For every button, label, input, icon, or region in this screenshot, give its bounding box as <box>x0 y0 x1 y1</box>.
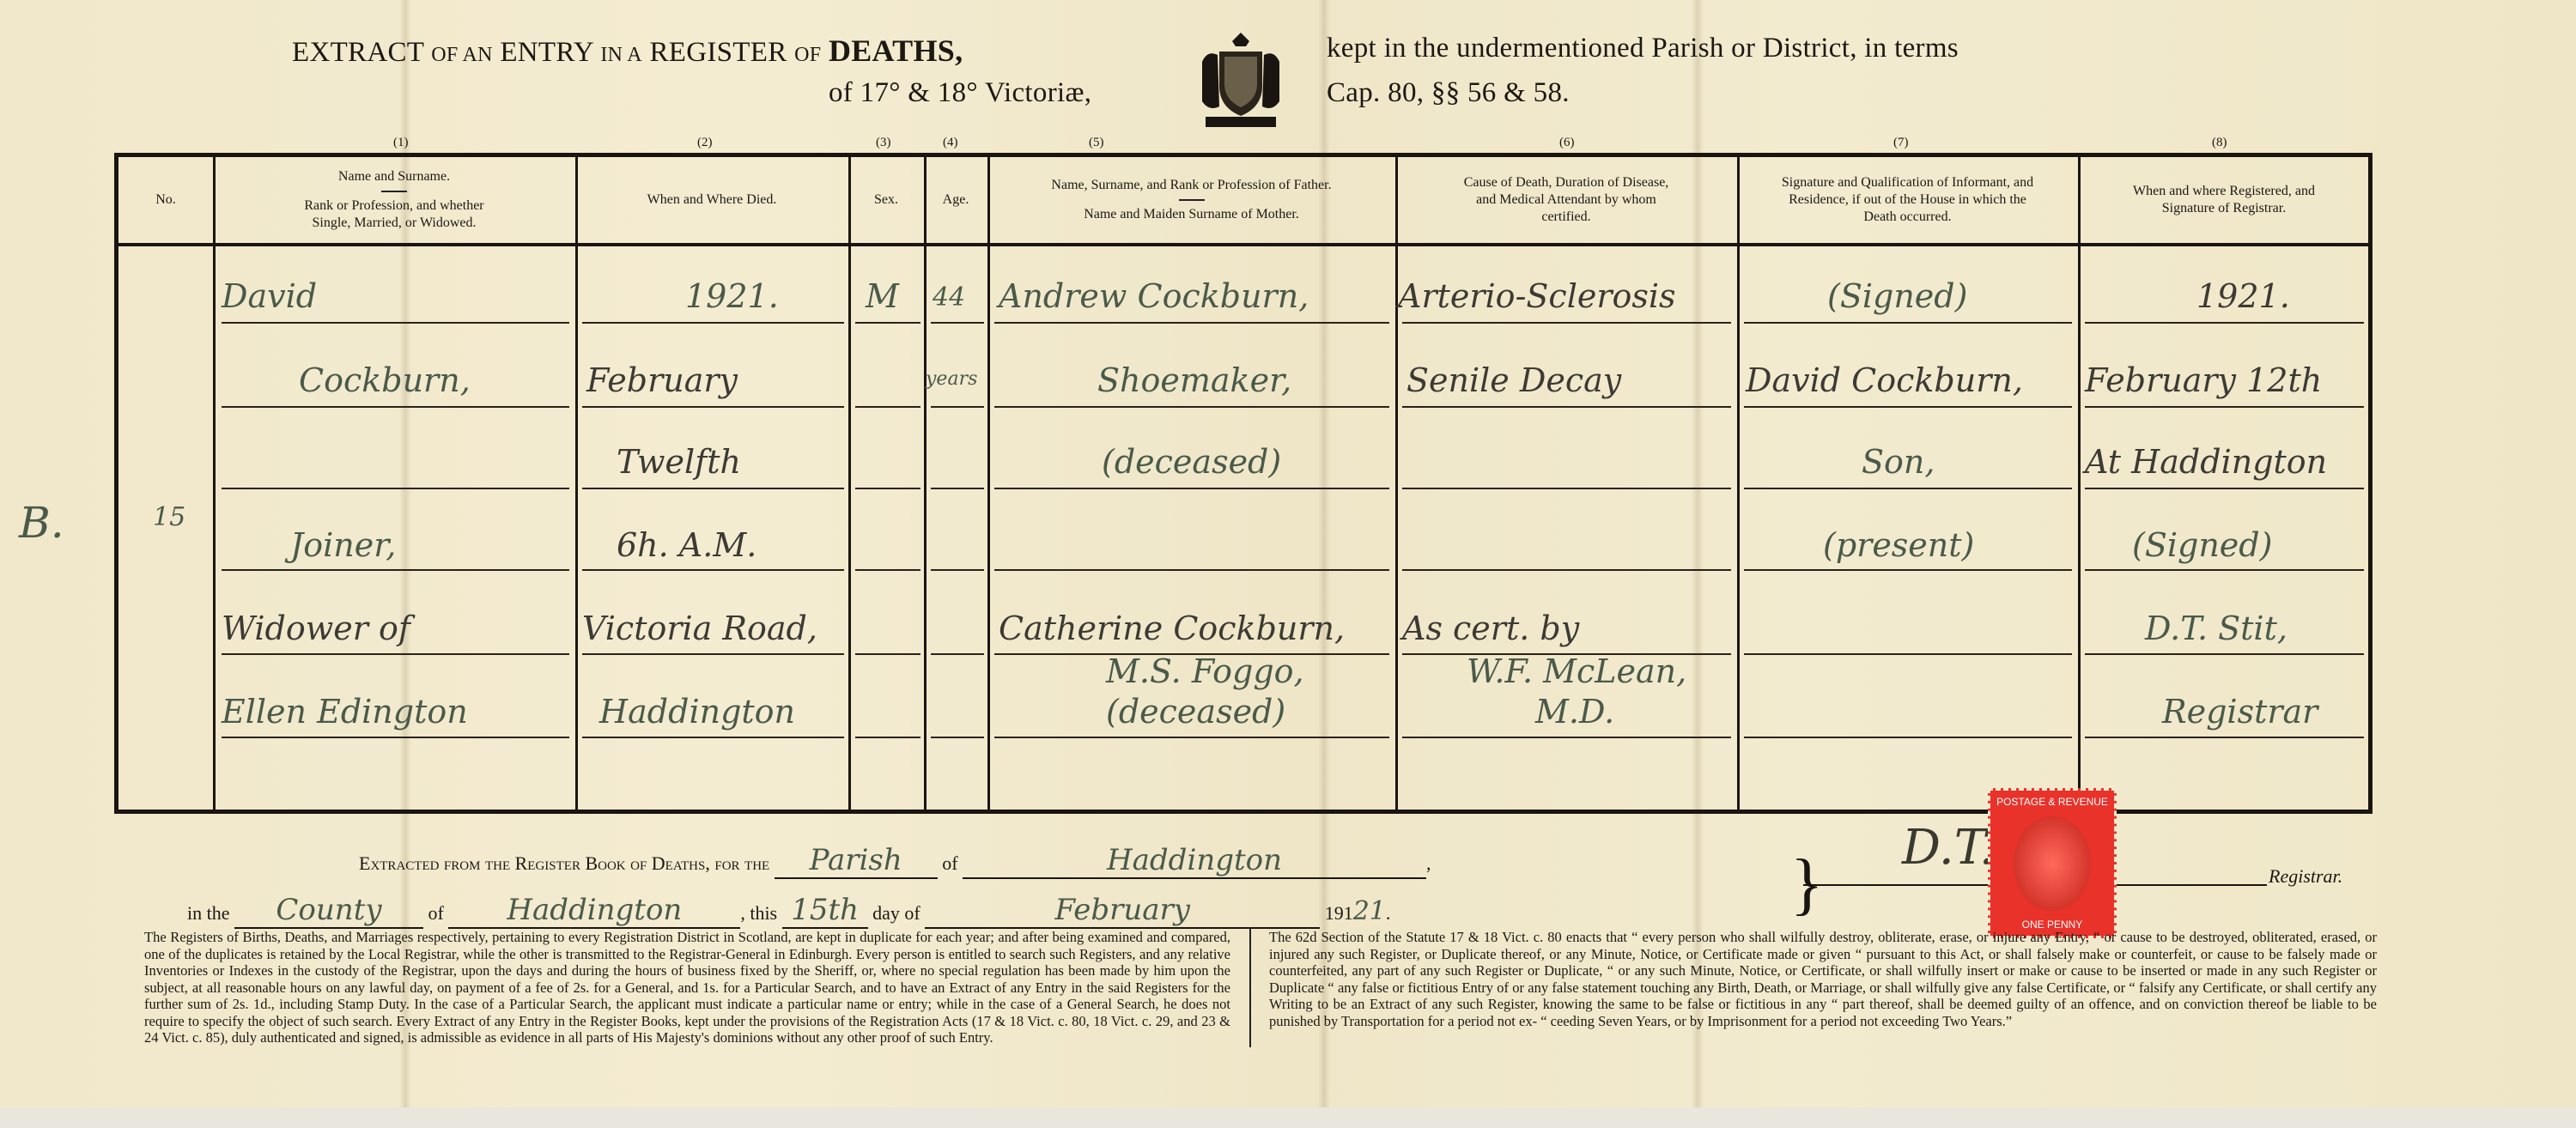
column-divider <box>213 157 216 810</box>
ruled-line <box>1402 737 1731 738</box>
registration-place: At Haddington <box>2085 443 2327 481</box>
column-divider <box>1737 157 1740 810</box>
ruled-line <box>1744 488 2072 489</box>
header-name: Name and Surname. Rank or Profession, an… <box>213 157 575 243</box>
entry-marital-status: Widower of <box>222 609 410 647</box>
informant-presence: (present) <box>1823 526 1974 564</box>
ruled-line <box>855 406 920 408</box>
entry-age-unit: years <box>926 368 977 390</box>
ruled-line <box>2085 569 2364 571</box>
ruled-line <box>1402 406 1731 408</box>
column-number: (8) <box>2212 136 2227 150</box>
ruled-line <box>855 737 920 738</box>
father-status: (deceased) <box>1102 443 1281 481</box>
medical-attendant-qualification: M.D. <box>1535 693 1614 731</box>
registrar-signature: D.T. Stit, <box>2145 609 2287 647</box>
ruled-line <box>994 737 1389 738</box>
entry-surname: Cockburn, <box>299 361 471 399</box>
header-when-where: When and Where Died. <box>575 157 848 243</box>
registrar-signed: (Signed) <box>2132 526 2272 564</box>
column-divider <box>1395 157 1398 810</box>
header-no: No. <box>118 157 213 243</box>
registration-date: February 12th <box>2085 361 2322 399</box>
entry-profession: Joiner, <box>290 526 396 564</box>
column-number: (3) <box>876 136 891 150</box>
header-registered: When and where Registered, and Signature… <box>2078 157 2370 243</box>
county-type: County <box>276 893 381 927</box>
header-parents: Name, Surname, and Rank or Profession of… <box>987 157 1395 243</box>
ruled-line <box>994 488 1389 489</box>
notes-divider <box>1249 927 1251 1047</box>
death-year: 1921. <box>685 277 779 315</box>
ruled-line <box>1744 322 2072 324</box>
column-number: (2) <box>697 136 713 150</box>
ruled-line <box>1402 322 1731 324</box>
cause-of-death-secondary: Senile Decay <box>1406 361 1621 399</box>
ruled-line <box>2085 488 2364 489</box>
death-place: Haddington <box>599 693 795 731</box>
mother-status: (deceased) <box>1106 693 1285 731</box>
informant-signed: (Signed) <box>1827 277 1967 315</box>
table-header-row: No. Name and Surname. Rank or Profession… <box>118 157 2368 246</box>
ruled-line <box>2085 406 2364 408</box>
header-informant: Signature and Qualification of Informant… <box>1737 157 2078 243</box>
entry-spouse: Ellen Edington <box>222 693 468 731</box>
header-line1-right: kept in the undermentioned Parish or Dis… <box>1327 33 1959 64</box>
registration-year: 1921. <box>2196 277 2290 315</box>
death-month: February <box>586 361 738 399</box>
entry-forename: David <box>222 277 317 315</box>
ruled-line <box>1744 406 2072 408</box>
ruled-line <box>931 488 984 489</box>
entry-age: 44 <box>933 282 965 312</box>
ruled-line <box>2085 322 2364 324</box>
registers-notice: The Registers of Births, Deaths, and Mar… <box>144 929 1230 1046</box>
stamp-top-text: POSTAGE & REVENUE <box>1996 796 2108 808</box>
ruled-line <box>1744 737 2072 738</box>
extract-year: 19121. <box>1325 902 1391 924</box>
ruled-line <box>1744 653 2072 655</box>
column-number: (5) <box>1089 136 1104 150</box>
ruled-line <box>582 569 844 571</box>
extract-month: February <box>1054 893 1190 927</box>
father-profession: Shoemaker, <box>1097 361 1291 399</box>
ruled-line <box>931 322 984 324</box>
ruled-line <box>855 488 920 489</box>
ruled-line <box>931 406 984 408</box>
death-street: Victoria Road, <box>582 609 817 647</box>
death-register-table: No. Name and Surname. Rank or Profession… <box>114 153 2372 814</box>
ruled-line <box>582 653 844 655</box>
ruled-line <box>1744 569 2072 571</box>
extract-line-2: in the County of Haddington, this 15th d… <box>187 893 1390 929</box>
column-divider <box>2078 157 2081 810</box>
registrar-label: Registrar. <box>2269 865 2342 888</box>
informant-name: David Cockburn, <box>1746 361 2023 399</box>
postage-revenue-stamp: POSTAGE & REVENUE ONE PENNY <box>1988 788 2117 938</box>
header-age: Age. <box>924 157 987 243</box>
certified-by-label: As cert. by <box>1402 609 1579 647</box>
ruled-line <box>931 737 984 738</box>
mother-name: Catherine Cockburn, <box>999 609 1345 647</box>
statute-notice: The 62d Section of the Statute 17 & 18 V… <box>1269 929 2377 1029</box>
cause-of-death-primary: Arterio-Sclerosis <box>1398 277 1676 315</box>
ruled-line <box>222 653 569 655</box>
column-divider <box>924 157 927 810</box>
header-cause: Cause of Death, Duration of Disease, and… <box>1395 157 1737 243</box>
medical-attendant: W.F. McLean, <box>1467 652 1686 690</box>
registrar-title: Registrar <box>2162 693 2318 731</box>
county-name: Haddington <box>507 893 682 927</box>
column-number: (6) <box>1559 136 1575 150</box>
ruled-line <box>2085 737 2364 738</box>
ruled-line <box>222 737 569 738</box>
column-number: (4) <box>943 136 958 150</box>
header-line2-right: Cap. 80, §§ 56 & 58. <box>1327 77 1570 109</box>
margin-annotation: B. <box>19 498 64 548</box>
ruled-line <box>931 569 984 571</box>
death-time: 6h. A.M. <box>617 526 756 564</box>
extract-line-1: Extracted from the Register Book of Deat… <box>359 843 1431 879</box>
parish-name: Haddington <box>1107 843 1282 877</box>
ruled-line <box>1402 569 1731 571</box>
entry-number: 15 <box>153 502 185 532</box>
ruled-line <box>1402 488 1731 489</box>
ruled-line <box>855 322 920 324</box>
royal-coat-of-arms-icon <box>1194 27 1288 135</box>
parish-type: Parish <box>810 843 902 877</box>
ruled-line <box>222 488 569 489</box>
header-sex: Sex. <box>848 157 924 243</box>
column-number: (1) <box>393 136 409 150</box>
ruled-line <box>222 322 569 324</box>
ruled-line <box>582 488 844 489</box>
column-divider <box>848 157 851 810</box>
informant-relation: Son, <box>1862 443 1935 481</box>
column-number: (7) <box>1893 136 1909 150</box>
ruled-line <box>582 406 844 408</box>
header-line1-left: EXTRACT of an ENTRY in a REGISTER of DEA… <box>292 33 963 69</box>
death-day: Twelfth <box>617 443 741 481</box>
column-divider <box>575 157 578 810</box>
ruled-line <box>222 569 569 571</box>
mother-maiden-name: M.S. Foggo, <box>1106 652 1304 690</box>
ruled-line <box>855 653 920 655</box>
ruled-line <box>582 737 844 738</box>
entry-sex: M <box>866 277 899 315</box>
ruled-line <box>994 322 1389 324</box>
ruled-line <box>994 569 1389 571</box>
ruled-line <box>855 569 920 571</box>
king-portrait-icon <box>2014 816 2091 911</box>
ruled-line <box>994 406 1389 408</box>
ruled-line <box>582 322 844 324</box>
ruled-line <box>931 653 984 655</box>
scan-background <box>0 1107 2576 1128</box>
header-line2-left: of 17° & 18° Victoriæ, <box>829 77 1091 109</box>
ruled-line <box>222 406 569 408</box>
column-divider <box>987 157 990 810</box>
extract-day: 15th <box>791 893 859 927</box>
ruled-line <box>2085 653 2364 655</box>
father-name: Andrew Cockburn, <box>999 277 1309 315</box>
